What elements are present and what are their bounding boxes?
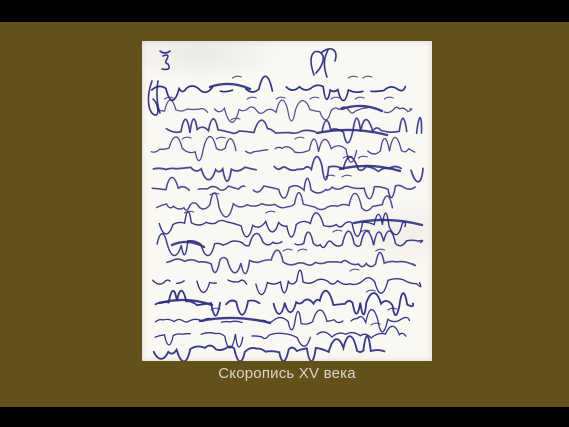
top-letterbox-bar bbox=[0, 0, 569, 22]
slide-background: Скоропись XV века bbox=[0, 22, 569, 407]
bottom-letterbox-bar bbox=[0, 407, 569, 427]
slide: Скоропись XV века bbox=[0, 0, 569, 427]
manuscript-image bbox=[142, 41, 432, 361]
caption: Скоропись XV века bbox=[142, 364, 432, 383]
manuscript-svg bbox=[142, 41, 432, 361]
